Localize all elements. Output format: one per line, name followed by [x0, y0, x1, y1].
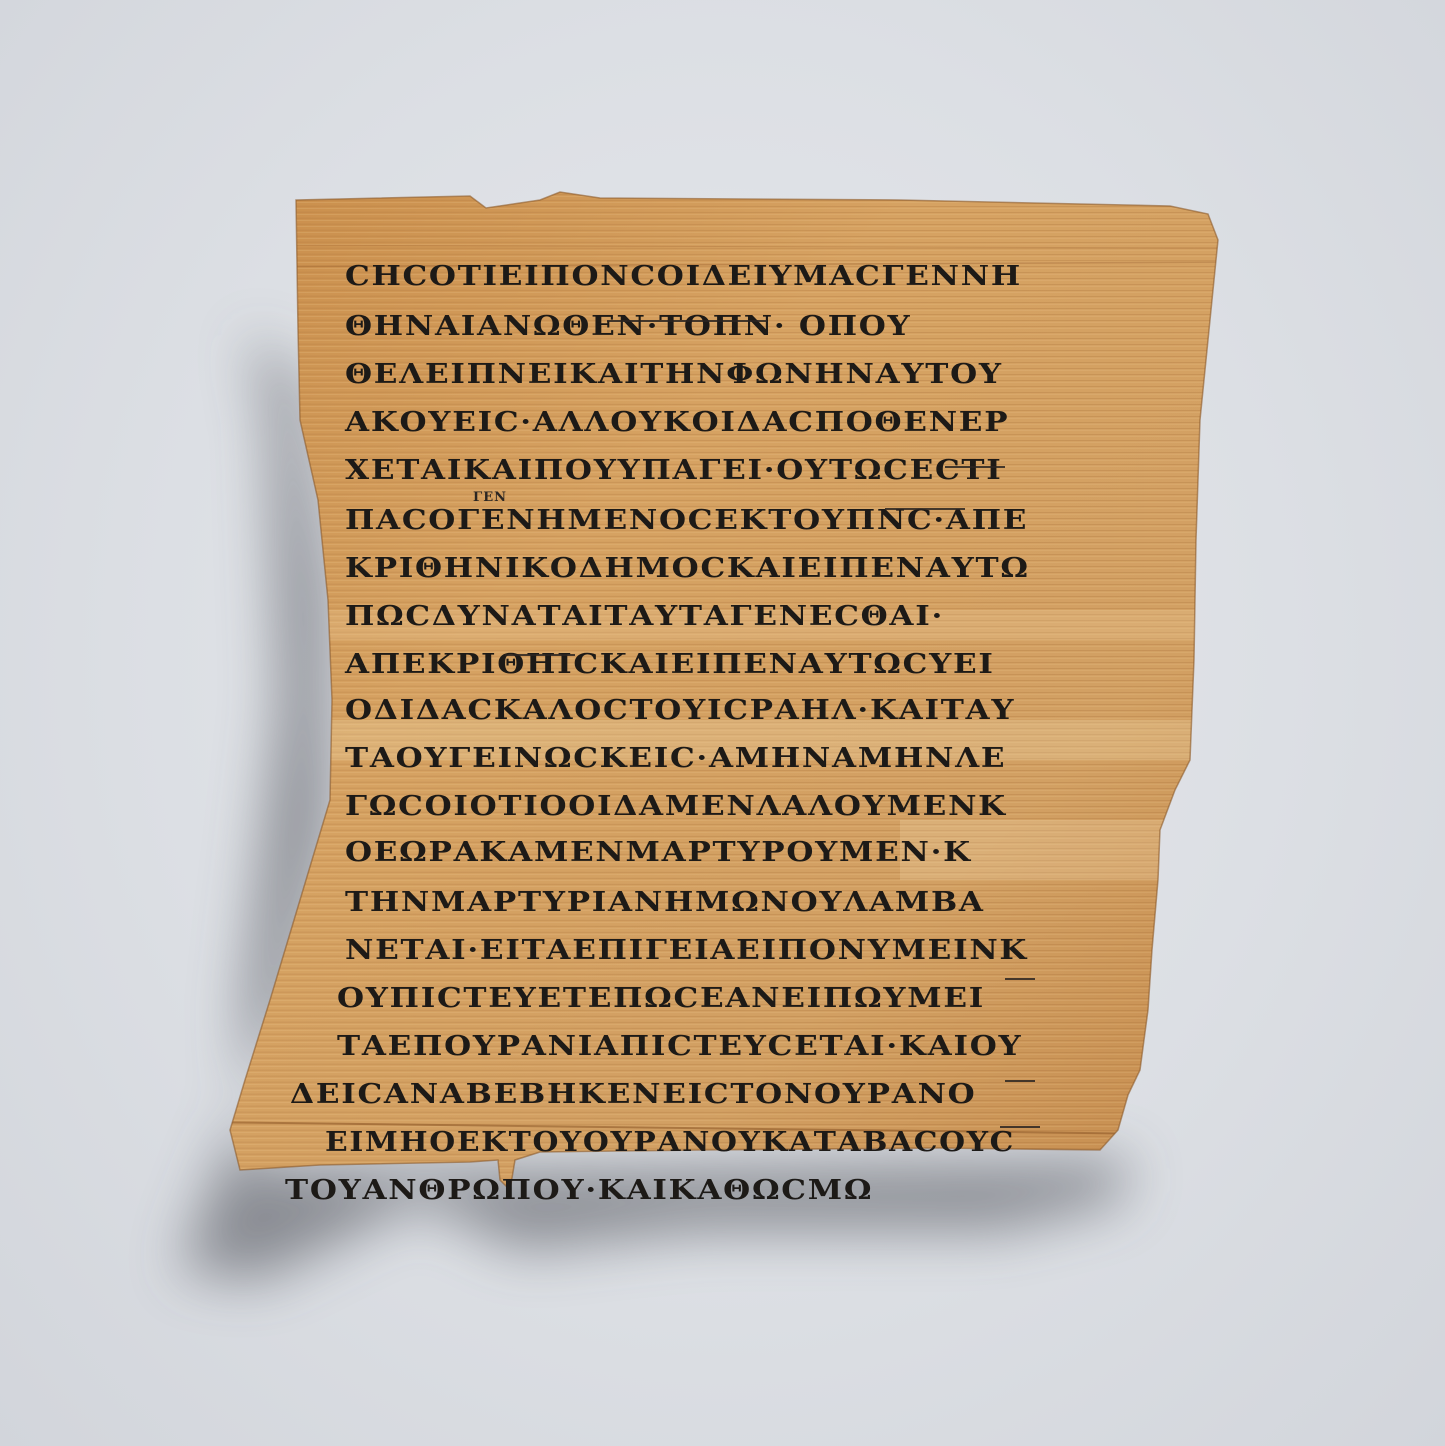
papyrus-line-2: ΘΗΝΑΙΑΝΩΘΕΝ·ΤΟΠΝ· ΟΠΟΥ	[345, 312, 911, 342]
interlinear-correction: ΓΕΝ	[473, 490, 507, 505]
photo-scene: CΗCΟΤΙΕΙΠΟΝCΟΙΔΕΙΥΜΑCΓΕΝΝΗ ΘΗΝΑΙΑΝΩΘΕΝ·Τ…	[0, 0, 1445, 1446]
papyrus-line-16: ΟΥΠΙCΤΕΥΕΤΕΠΩCΕΑΝΕΙΠΩΥΜΕΙ	[337, 984, 985, 1014]
papyrus-line-1: CΗCΟΤΙΕΙΠΟΝCΟΙΔΕΙΥΜΑCΓΕΝΝΗ	[345, 262, 1022, 292]
papyrus-line-8: ΠΩCΔΥΝΑΤΑΙΤΑΥΤΑΓΕΝΕCΘΑΙ·	[345, 602, 944, 632]
nomen-sacrum-overline	[945, 466, 1005, 468]
papyrus-line-13: ΟΕΩΡΑΚΑΜΕΝΜΑΡΤΥΡΟΥΜΕΝ·Κ	[345, 838, 972, 868]
papyrus-line-6: ΠΑCΟΓΕΝΗΜΕΝΟCΕΚΤΟΥΠΝC·ΑΠΕ	[345, 506, 1028, 536]
papyrus-line-5: ΧΕΤΑΙΚΑΙΠΟΥΥΠΑΓΕΙ·ΟΥΤΩCΕCΤΙ	[345, 456, 1002, 486]
papyrus-line-12: ΓΩCΟΙΟΤΙΟΟΙΔΑΜΕΝΛΑΛΟΥΜΕΝΚ	[345, 792, 1007, 822]
papyrus-line-7: ΚΡΙΘΗΝΙΚΟΔΗΜΟCΚΑΙΕΙΠΕΝΑΥΤΩ	[345, 554, 1030, 584]
nomen-sacrum-overline	[607, 320, 767, 322]
papyrus-line-3: ΘΕΛΕΙΠΝΕΙΚΑΙΤΗΝΦΩΝΗΝΑΥΤΟΥ	[345, 360, 1003, 390]
papyrus-line-19: ΕΙΜΗΟΕΚΤΟΥΟΥΡΑΝΟΥΚΑΤΑΒΑCΟΥC	[325, 1128, 1015, 1158]
nomen-sacrum-overline	[505, 654, 575, 656]
abbreviation-overline	[1005, 1080, 1035, 1082]
papyrus-line-20: ΤΟΥΑΝΘΡΩΠΟΥ·ΚΑΙΚΑΘΩCΜΩ	[285, 1176, 873, 1206]
nomen-sacrum-overline	[885, 508, 965, 510]
papyrus-line-11: ΤΑΟΥΓΕΙΝΩCΚΕΙC·ΑΜΗΝΑΜΗΝΛΕ	[345, 744, 1006, 774]
papyrus-line-15: ΝΕΤΑΙ·ΕΙΤΑΕΠΙΓΕΙΑΕΙΠΟΝΥΜΕΙΝΚ	[345, 936, 1028, 966]
papyrus-line-18: ΔΕΙCΑΝΑΒΕΒΗΚΕΝΕΙCΤΟΝΟΥΡΑΝΟ	[290, 1080, 976, 1110]
papyrus-line-17: ΤΑΕΠΟΥΡΑΝΙΑΠΙCΤΕΥCΕΤΑΙ·ΚΑΙΟΥ	[337, 1032, 1022, 1062]
nomen-sacrum-overline	[1000, 1126, 1040, 1128]
papyrus-line-9: ΑΠΕΚΡΙΘΗΙCΚΑΙΕΙΠΕΝΑΥΤΩCΥΕΙ	[345, 650, 995, 680]
papyrus-line-14: ΤΗΝΜΑΡΤΥΡΙΑΝΗΜΩΝΟΥΛΑΜΒΑ	[345, 888, 985, 918]
papyrus-line-4: ΑΚΟΥΕΙC·ΑΛΛΟΥΚΟΙΔΑCΠΟΘΕΝΕΡ	[345, 408, 1009, 438]
papyrus-line-10: ΟΔΙΔΑCΚΑΛΟCΤΟΥΙCΡΑΗΛ·ΚΑΙΤΑΥ	[345, 696, 1015, 726]
abbreviation-overline	[1005, 978, 1035, 980]
